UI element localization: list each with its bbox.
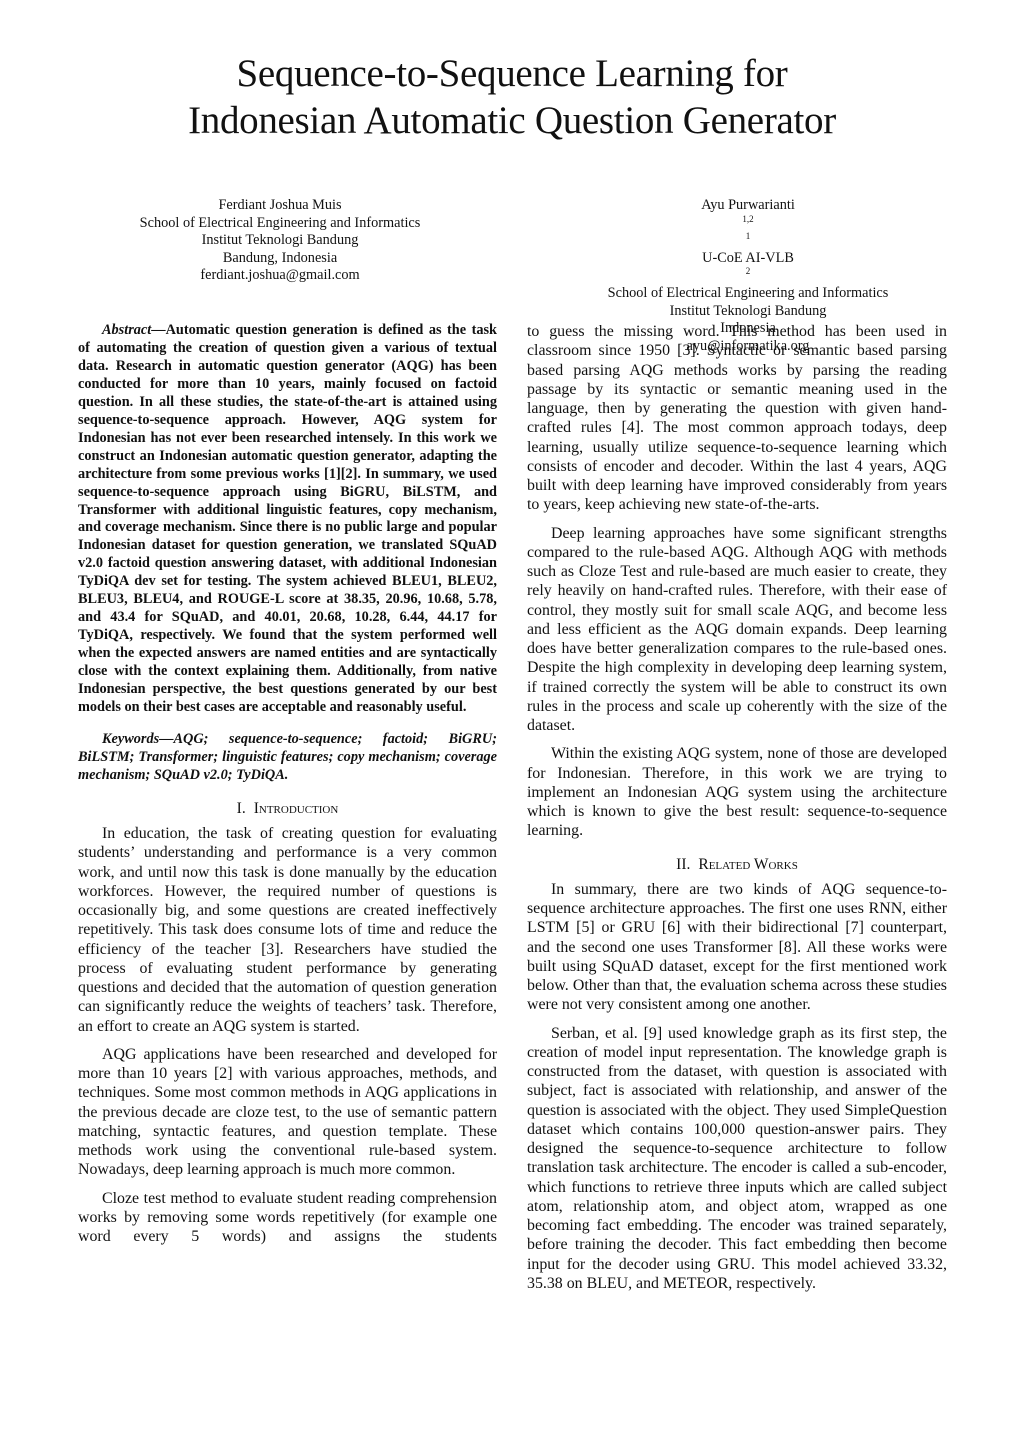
affiliation-superscript: 1 bbox=[746, 231, 751, 241]
author-superscript: 1,2 bbox=[742, 214, 753, 224]
abstract-label: Abstract bbox=[102, 322, 151, 338]
author-affiliation-line: 1U-CoE AI-VLB bbox=[583, 232, 913, 267]
paragraph: Within the existing AQG system, none of … bbox=[527, 744, 947, 840]
author-block-1: Ferdiant Joshua Muis School of Electrica… bbox=[120, 197, 440, 285]
paragraph: Serban, et al. [9] used knowledge graph … bbox=[527, 1024, 947, 1294]
section-heading-introduction: I.Introduction bbox=[78, 799, 497, 818]
paragraph: Deep learning approaches have some signi… bbox=[527, 524, 947, 736]
abstract-dash: — bbox=[151, 322, 165, 338]
section-title: Related Works bbox=[698, 856, 797, 873]
abstract: Abstract—Automatic question generation i… bbox=[78, 322, 497, 717]
keywords-dash: — bbox=[159, 731, 173, 747]
left-column: Abstract—Automatic question generation i… bbox=[78, 322, 497, 1255]
author-affiliation: U-CoE AI-VLB bbox=[583, 250, 913, 268]
author-name: Ayu Purwarianti bbox=[583, 197, 913, 215]
author-email: ferdiant.joshua@gmail.com bbox=[120, 267, 440, 285]
section-title: Introduction bbox=[254, 800, 339, 817]
paragraph: In summary, there are two kinds of AQG s… bbox=[527, 880, 947, 1015]
abstract-text: Automatic question generation is defined… bbox=[78, 322, 497, 715]
section-number: II. bbox=[676, 856, 690, 873]
author-affiliation: School of Electrical Engineering and Inf… bbox=[583, 285, 913, 303]
author-affiliation-line: 2School of Electrical Engineering and In… bbox=[583, 267, 913, 302]
paragraph-continued: to guess the missing word. This method h… bbox=[527, 322, 947, 515]
paragraph: AQG applications have been researched an… bbox=[78, 1045, 497, 1180]
paragraph: In education, the task of creating quest… bbox=[78, 824, 497, 1036]
author-affiliation: Institut Teknologi Bandung bbox=[120, 232, 440, 250]
keywords-label: Keywords bbox=[102, 731, 159, 747]
paper-title: Sequence-to-Sequence Learning for Indone… bbox=[0, 50, 1024, 144]
section-heading-related-works: II.Related Works bbox=[527, 855, 947, 874]
author-affiliation: Institut Teknologi Bandung bbox=[583, 303, 913, 321]
keywords: Keywords—AQG; sequence-to-sequence; fact… bbox=[78, 731, 497, 785]
author-affiliation: School of Electrical Engineering and Inf… bbox=[120, 215, 440, 233]
paragraph: Cloze test method to evaluate student re… bbox=[78, 1189, 497, 1247]
right-column: to guess the missing word. This method h… bbox=[527, 322, 947, 1302]
author-affiliation: Bandung, Indonesia bbox=[120, 250, 440, 268]
author-name: Ferdiant Joshua Muis bbox=[120, 197, 440, 215]
affiliation-superscript: 2 bbox=[746, 266, 751, 276]
title-line-1: Sequence-to-Sequence Learning for bbox=[0, 50, 1024, 97]
author-name-line: Ayu Purwarianti1,2 bbox=[583, 197, 913, 232]
section-number: I. bbox=[237, 800, 246, 817]
title-line-2: Indonesian Automatic Question Generator bbox=[0, 97, 1024, 144]
